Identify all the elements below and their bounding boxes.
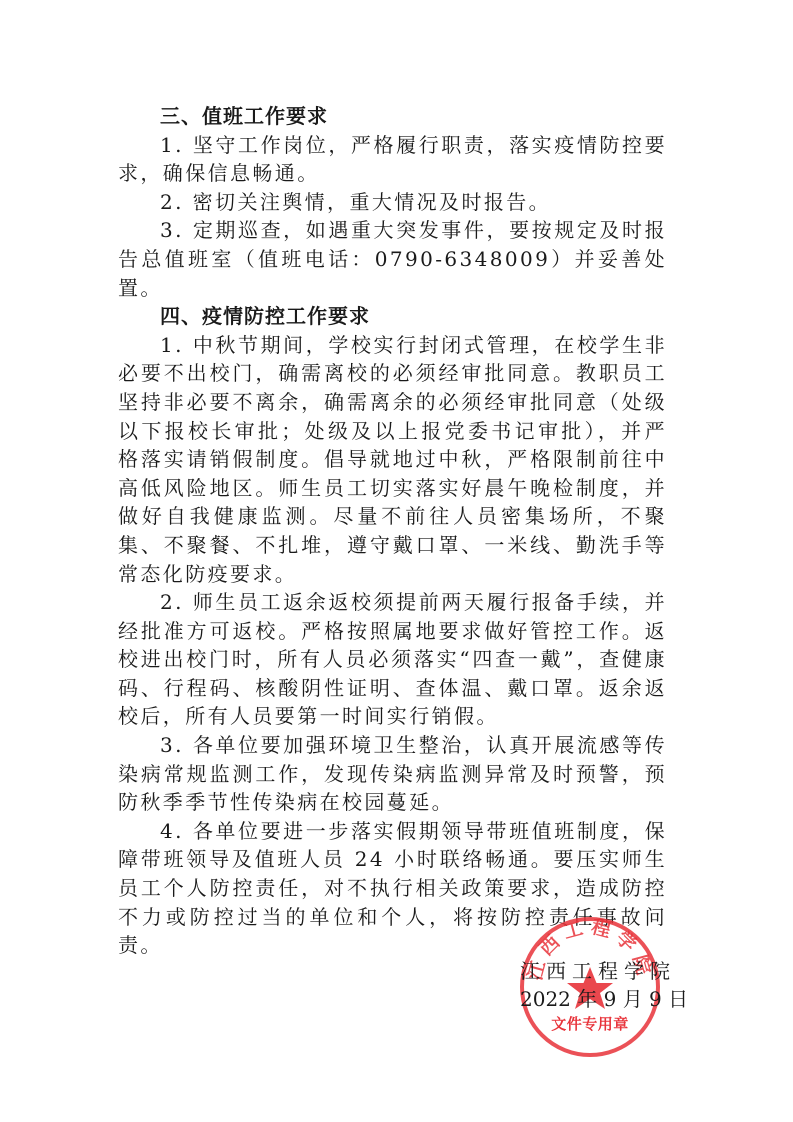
paragraph: 3. 定期巡查，如遇重大突发事件，要按规定及时报告总值班室（值班电话：0790-… (118, 216, 667, 302)
paragraph: 1. 中秋节期间，学校实行封闭式管理，在校学生非必要不出校门，确需离校的必须经审… (118, 331, 667, 588)
document-page: 三、值班工作要求 1. 坚守工作岗位，严格履行职责，落实疫情防控要求，确保信息畅… (0, 0, 793, 1122)
section-heading: 三、值班工作要求 (118, 102, 667, 131)
signing-organization: 江西工程学院 (520, 957, 670, 985)
signing-date: 2022 年 9 月 9 日 (520, 985, 670, 1013)
paragraph: 2. 师生员工返余返校须提前两天履行报备手续，并经批准方可返校。严格按照属地要求… (118, 588, 667, 731)
paragraph: 2. 密切关注舆情，重大情况及时报告。 (118, 188, 667, 217)
stamp-label: 文件专用章 (518, 1013, 662, 1034)
section-heading: 四、疫情防控工作要求 (118, 302, 667, 331)
section-duty-requirements: 三、值班工作要求 1. 坚守工作岗位，严格履行职责，落实疫情防控要求，确保信息畅… (118, 102, 667, 302)
signature-block: 江西工程学院 2022 年 9 月 9 日 (520, 957, 670, 1013)
section-epidemic-prevention: 四、疫情防控工作要求 1. 中秋节期间，学校实行封闭式管理，在校学生非必要不出校… (118, 302, 667, 960)
paragraph: 3. 各单位要加强环境卫生整治，认真开展流感等传染病常规监测工作，发现传染病监测… (118, 731, 667, 817)
document-body: 三、值班工作要求 1. 坚守工作岗位，严格履行职责，落实疫情防控要求，确保信息畅… (118, 102, 667, 960)
paragraph: 1. 坚守工作岗位，严格履行职责，落实疫情防控要求，确保信息畅通。 (118, 131, 667, 188)
